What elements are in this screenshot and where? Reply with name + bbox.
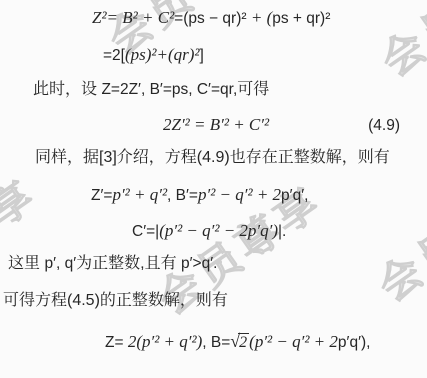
- document-page: 会员尊享 会员尊享 会员尊享 会员尊享 会员尊享 Z²= B² + C²=(ps…: [0, 0, 427, 378]
- paragraph-line-4: 可得方程(4.5)的正整数解，则有: [3, 290, 228, 312]
- sqrt-radical: √2: [230, 334, 249, 351]
- equation-line-4: Z′=p′² + q′², B′=p′² − q′² + 2p′q′,: [91, 184, 308, 207]
- text-run: C′=|: [132, 223, 159, 240]
- text-run: 此时，设: [33, 81, 101, 98]
- text-run: ]: [200, 47, 204, 64]
- text-run: |.: [278, 223, 286, 240]
- equation-line-5: C′=|(p′² − q′² − 2p′q′)|.: [132, 220, 286, 243]
- text-run: p′² − q′² + 2: [198, 185, 281, 204]
- text-run: 2(p′² + q′²): [128, 332, 202, 351]
- equation-line-6: Z= 2(p′² + q′²), B=√2(p′² − q′² + 2p′q′)…: [105, 330, 370, 354]
- text-run: p′q′,: [281, 187, 308, 204]
- equation-line-1: Z²= B² + C²=(ps − qr)² + (ps + qr)²: [92, 7, 330, 30]
- text-run: 同样，据[3]介绍，方程(4.9)也存在正整数解，则有: [35, 149, 390, 166]
- text-run: Z²= B² + C²: [92, 8, 174, 27]
- equation-line-3: 2Z′² = B′² + C′²: [163, 117, 269, 134]
- text-run: (p′² − q′² + 2: [249, 332, 338, 351]
- watermark-text: 会员尊享: [365, 157, 427, 314]
- text-run: , B=: [202, 334, 230, 351]
- text-run: Z=: [105, 334, 128, 351]
- text-run: p′, q′: [44, 255, 76, 272]
- text-run: p′² + q′²: [112, 185, 167, 204]
- paragraph-line-3: 这里 p′, q′为正整数,且有 p′>q′.: [8, 253, 217, 275]
- text-run: p′>q′.: [181, 255, 217, 272]
- text-run: + (: [251, 8, 272, 27]
- text-run: =(ps − qr)²: [174, 10, 251, 27]
- text-run: =2[: [103, 47, 125, 64]
- text-run: Z=2Z′, B′=ps, C′=qr,: [101, 81, 237, 98]
- text-run: (p′² − q′² − 2p′q′): [159, 221, 278, 240]
- text-run: p′q′),: [338, 334, 371, 351]
- text-run: 这里: [8, 255, 44, 272]
- equation-row: 2Z′² = B′² + C′² (4.9): [0, 114, 427, 137]
- text-run: (ps)²+(qr)²: [125, 45, 200, 64]
- text-run: 2Z′² = B′² + C′²: [163, 115, 269, 134]
- text-run: , B′=: [167, 187, 198, 204]
- watermark-text: 会员尊享: [368, 0, 427, 88]
- paragraph-line-2: 同样，据[3]介绍，方程(4.9)也存在正整数解，则有: [35, 147, 390, 169]
- text-run: 可得方程(4.5)的正整数解，则有: [3, 292, 228, 309]
- equation-number: (4.9): [368, 115, 400, 137]
- text-run: ps + qr)²: [272, 10, 330, 27]
- text-run: Z′=: [91, 187, 112, 204]
- equation-line-2: =2[(ps)²+(qr)²]: [103, 44, 204, 67]
- text-run: 可得: [237, 81, 269, 98]
- paragraph-line-1: 此时，设 Z=2Z′, B′=ps, C′=qr,可得: [33, 79, 269, 101]
- text-run: 为正整数,且有: [76, 255, 181, 272]
